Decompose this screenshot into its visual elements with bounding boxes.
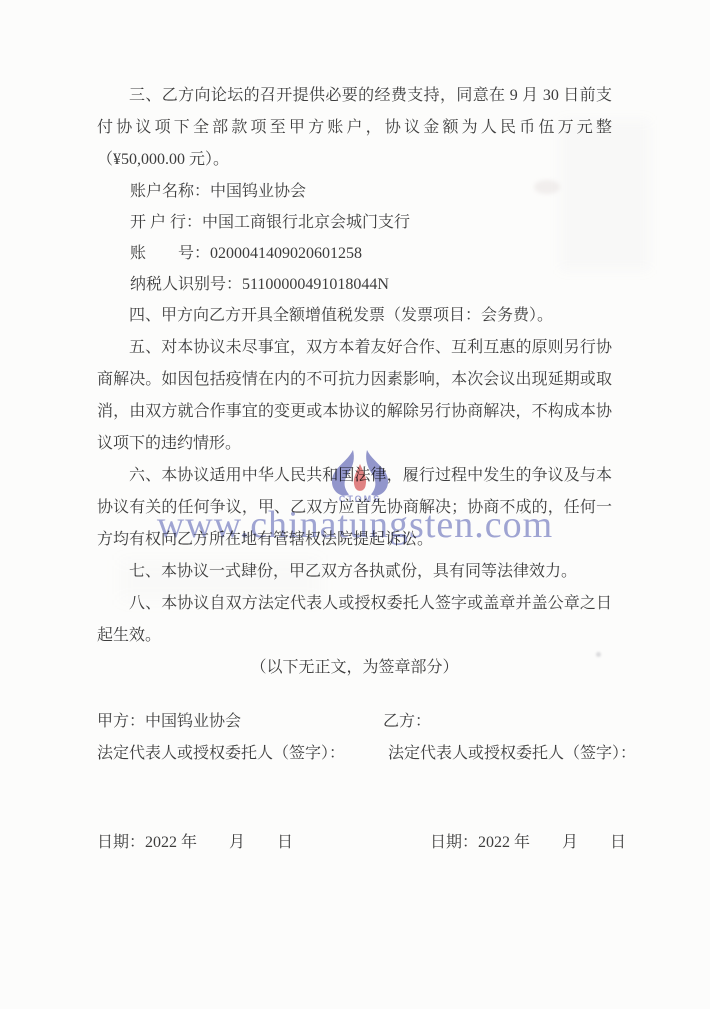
date-row: 日期：2022 年 月 日 日期：2022 年 月 日 xyxy=(97,827,612,859)
clause-7-copies: 七、本协议一式肆份，甲乙双方各执贰份，具有同等法律效力。 xyxy=(97,556,612,588)
party-row: 甲方：中国钨业协会 乙方： xyxy=(97,706,612,738)
party-b-date-line: 日期：2022 年 月 日 xyxy=(430,827,626,859)
party-a-date-line: 日期：2022 年 月 日 xyxy=(97,827,293,859)
party-b-label: 乙方： xyxy=(383,706,431,738)
clause-3-payment: 三、乙方向论坛的召开提供必要的经费支持，同意在 9 月 30 日前支付协议项下全… xyxy=(97,80,612,176)
signer-row: 法定代表人或授权委托人（签字）： 法定代表人或授权委托人（签字）： xyxy=(97,738,612,770)
account-number-line: 账 号：0200041409020601258 xyxy=(97,238,612,269)
clause-4-invoice: 四、甲方向乙方开具全额增值税发票（发票项目：会务费）。 xyxy=(97,300,612,332)
clause-6-governing-law: 六、本协议适用中华人民共和国法律，履行过程中发生的争议及与本协议有关的任何争议，… xyxy=(97,460,612,556)
bank-account-block: 账户名称：中国钨业协会 开 户 行：中国工商银行北京会城门支行 账 号：0200… xyxy=(97,176,612,300)
party-b-signer-line: 法定代表人或授权委托人（签字）： xyxy=(388,738,636,770)
signature-block: 甲方：中国钨业协会 乙方： 法定代表人或授权委托人（签字）： 法定代表人或授权委… xyxy=(97,706,612,859)
party-a-label: 甲方：中国钨业协会 xyxy=(97,706,241,738)
signature-section-note: （以下无正文，为签章部分） xyxy=(97,652,612,684)
clause-8-effectiveness: 八、本协议自双方法定代表人或授权委托人签字或盖章并盖公章之日起生效。 xyxy=(97,588,612,652)
account-name-line: 账户名称：中国钨业协会 xyxy=(97,176,612,207)
contract-body: 三、乙方向论坛的召开提供必要的经费支持，同意在 9 月 30 日前支付协议项下全… xyxy=(0,0,710,859)
party-a-signer-line: 法定代表人或授权委托人（签字）： xyxy=(97,738,345,770)
scanned-contract-page: 三、乙方向论坛的召开提供必要的经费支持，同意在 9 月 30 日前支付协议项下全… xyxy=(0,0,710,1009)
clause-5-unresolved-matters: 五、对本协议未尽事宜，双方本着友好合作、互利互惠的原则另行协商解决。如因包括疫情… xyxy=(97,332,612,460)
taxpayer-id-line: 纳税人识别号：51100000491018044N xyxy=(97,269,612,300)
bank-branch-line: 开 户 行：中国工商银行北京会城门支行 xyxy=(97,207,612,238)
